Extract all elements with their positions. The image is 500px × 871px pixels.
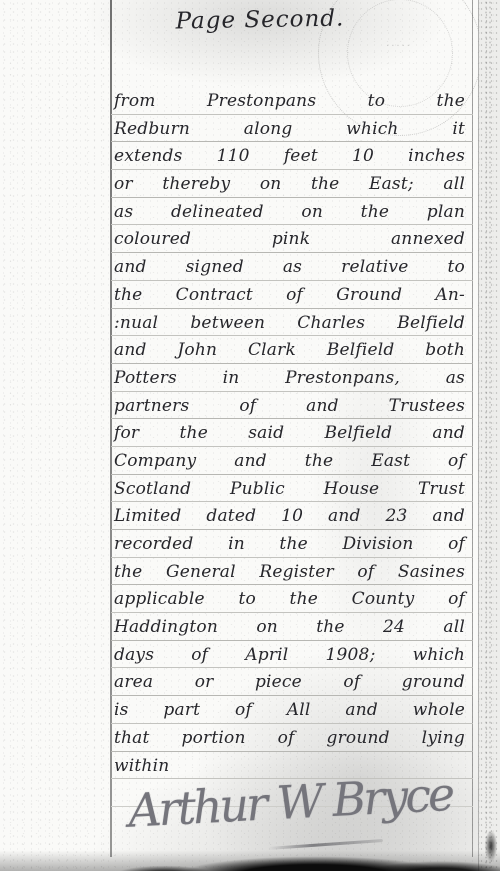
manuscript-line: or thereby on the East; all [111,170,473,198]
manuscript-line: as delineated on the plan [111,198,473,226]
manuscript-line: area or piece of ground [111,668,473,696]
manuscript-line: Company and the East of [111,447,473,475]
manuscript-line: Scotland Public House Trust [111,475,473,503]
manuscript-line: and John Clark Belfield both [111,336,473,364]
manuscript-line: recorded in the Division of [111,530,473,558]
manuscript-line: the Contract of Ground An- [111,281,473,309]
manuscript-line: :nual between Charles Belfield [111,309,473,337]
manuscript-line: Potters in Prestonpans, as [111,364,473,392]
manuscript-line: Haddington on the 24 all [111,613,473,641]
scanned-manuscript-page: ····· Page Second. from Prestonpans to t… [0,0,500,871]
left-margin-noise [0,0,110,871]
manuscript-line: the General Register of Sasines [111,558,473,586]
manuscript-line: from Prestonpans to the [111,87,473,115]
manuscript-line: extends 110 feet 10 inches [111,142,473,170]
manuscript-line: coloured pink annexed [111,225,473,253]
bottom-right-scan-mark [484,829,498,863]
page-title: Page Second. [150,4,370,38]
manuscript-line: Redburn along which it [111,115,473,143]
manuscript-line: and signed as relative to [111,253,473,281]
manuscript-body: from Prestonpans to the Redburn along wh… [111,87,473,807]
bottom-scan-shadow [0,825,500,871]
manuscript-line: days of April 1908; which [111,641,473,669]
manuscript-line: for the said Belfield and [111,419,473,447]
manuscript-line: is part of All and whole [111,696,473,724]
manuscript-line: partners of and Trustees [111,392,473,420]
manuscript-line: applicable to the County of [111,585,473,613]
manuscript-line: that portion of ground lying [111,724,473,752]
manuscript-line: Limited dated 10 and 23 and [111,502,473,530]
seal-illegible-text: ····· [371,41,427,65]
page-edge-binding-texture [484,0,493,871]
signature-underline-flourish [268,839,383,850]
